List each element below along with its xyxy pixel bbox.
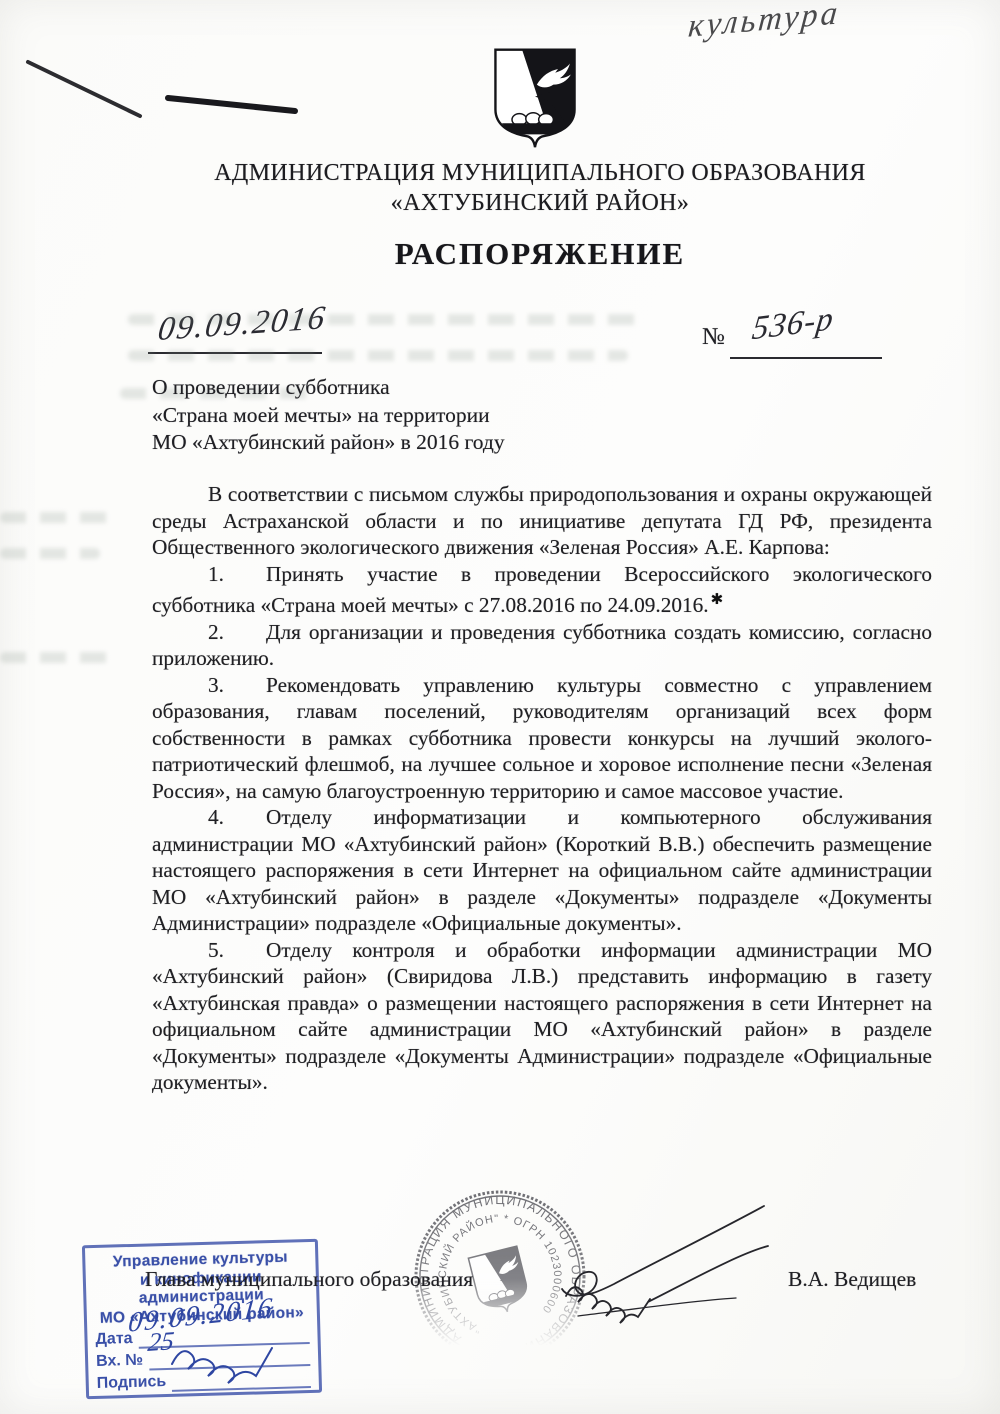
bleedthrough-line: [128, 350, 628, 361]
bleedthrough-line: [128, 314, 648, 325]
number-underline: [730, 357, 882, 359]
order-item-1: 1.Принять участие в проведении Всероссий…: [152, 561, 932, 619]
pen-stroke-marks: [0, 40, 320, 140]
item-number: 5.: [208, 937, 266, 964]
stamp-innum-label: Вх. №: [96, 1350, 144, 1372]
scanned-order-document: культура: [0, 0, 1000, 1414]
bleedthrough-line: [0, 652, 110, 663]
item-text: Отделу информатизации и компьютерного об…: [152, 805, 932, 935]
handwritten-number: 536-р: [750, 301, 836, 349]
coat-of-arms-akhtubinsky: [489, 45, 581, 151]
item-text: Для организации и проведения субботника …: [152, 620, 932, 671]
item-number: 4.: [208, 804, 266, 831]
stamp-sign-label: Подпись: [96, 1371, 166, 1394]
handwritten-note-kultura: культура: [687, 0, 842, 46]
head-signature: [492, 1190, 792, 1345]
org-line-2: «АХТУБИНСКИЙ РАЙОН»: [60, 188, 1000, 218]
intro-paragraph: В соответствии с письмом службы природоп…: [152, 481, 932, 561]
order-body: В соответствии с письмом службы природоп…: [152, 481, 932, 1096]
subject-line-2: «Страна моей мечты» на территории: [152, 402, 712, 430]
item-text: Рекомендовать управлению культуры совмес…: [152, 673, 932, 803]
signer-name: В.А. Ведищев: [788, 1267, 916, 1292]
signer-title: Глава муниципального образования: [145, 1267, 473, 1292]
stamp-handwritten-signature: [158, 1326, 308, 1386]
number-label: №: [702, 324, 725, 351]
pen-mark-asterisk: ✱: [711, 592, 724, 608]
item-number: 1.: [208, 561, 266, 588]
order-item-2: 2.Для организации и проведения субботник…: [152, 619, 932, 672]
subject-line-1: О проведении субботника: [152, 374, 712, 402]
item-text: Принять участие в проведении Всероссийск…: [152, 562, 932, 618]
subject-block: О проведении субботника «Страна моей меч…: [152, 374, 712, 457]
order-item-4: 4.Отделу информатизации и компьютерного …: [152, 804, 932, 937]
document-type-title: РАСПОРЯЖЕНИЕ: [60, 236, 1000, 272]
item-text: Отделу контроля и обработки информации а…: [152, 938, 932, 1095]
item-number: 3.: [208, 672, 266, 699]
order-item-5: 5.Отделу контроля и обработки информации…: [152, 937, 932, 1096]
bleedthrough-line: [0, 548, 100, 559]
order-item-3: 3.Рекомендовать управлению культуры совм…: [152, 672, 932, 805]
subject-line-3: МО «Ахтубинский район» в 2016 году: [152, 429, 712, 457]
bleedthrough-line: [0, 512, 120, 523]
org-line-1: АДМИНИСТРАЦИЯ МУНИЦИПАЛЬНОГО ОБРАЗОВАНИЯ: [60, 158, 1000, 188]
organization-name: АДМИНИСТРАЦИЯ МУНИЦИПАЛЬНОГО ОБРАЗОВАНИЯ…: [60, 158, 1000, 218]
item-number: 2.: [208, 619, 266, 646]
